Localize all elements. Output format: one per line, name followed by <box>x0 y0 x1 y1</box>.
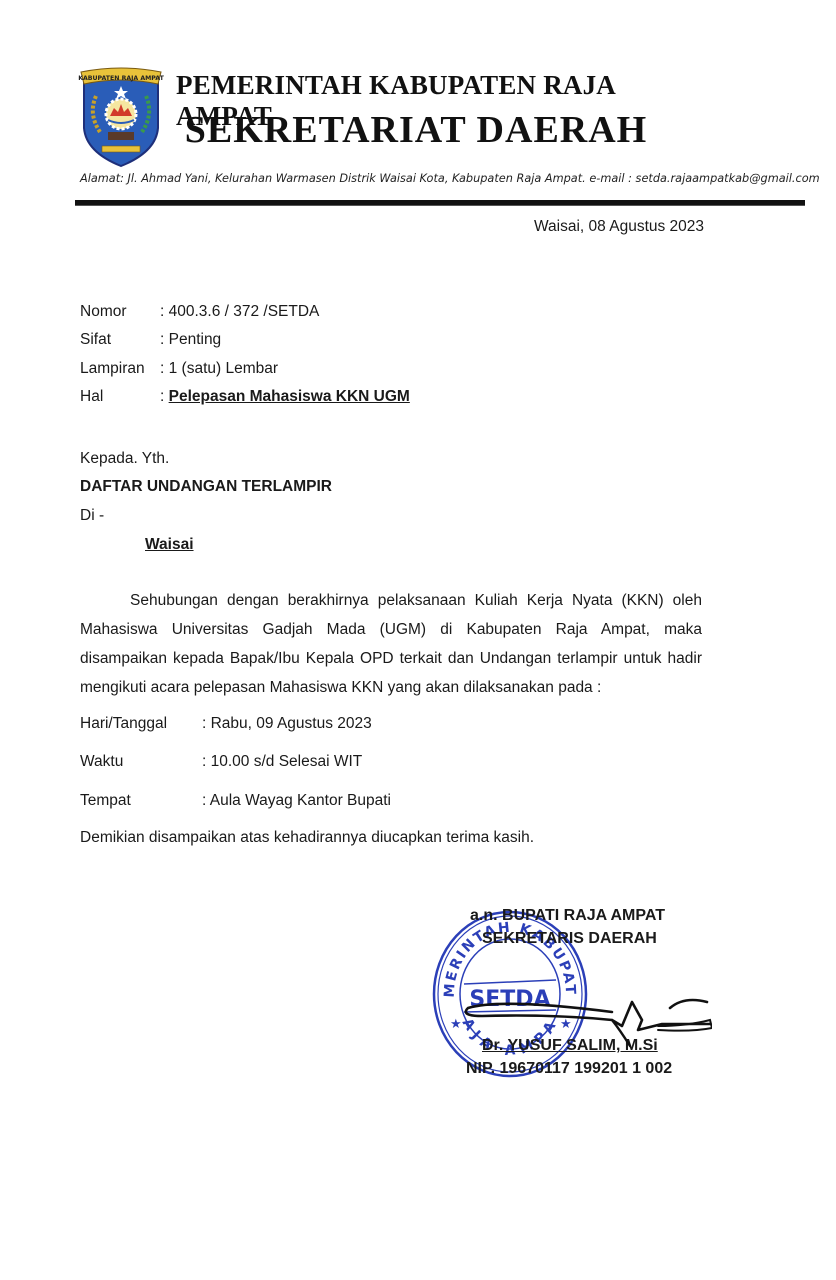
detail-label: Hari/Tanggal <box>80 714 167 734</box>
recipient-di: Di - <box>80 506 104 526</box>
recipient-place: Waisai <box>145 535 194 555</box>
detail-label: Waktu <box>80 752 123 772</box>
signer-nip: NIP. 19670117 199201 1 002 <box>466 1060 766 1078</box>
signature-title: SEKRETARIS DAERAH <box>482 930 782 948</box>
letter-date: Waisai, 08 Agustus 2023 <box>534 217 704 237</box>
meta-value: : 1 (satu) Lembar <box>160 359 278 379</box>
subject-text: Pelepasan Mahasiswa KKN UGM <box>169 388 410 405</box>
svg-text:KABUPATEN RAJA AMPAT: KABUPATEN RAJA AMPAT <box>78 75 164 82</box>
meta-value: : Pelepasan Mahasiswa KKN UGM <box>160 387 410 407</box>
meta-label: Sifat <box>80 330 111 350</box>
signature-on-behalf: a.n. BUPATI RAJA AMPAT <box>470 907 770 925</box>
detail-value: : Aula Wayag Kantor Bupati <box>202 791 391 811</box>
meta-value: : Penting <box>160 330 221 350</box>
recipient-salutation: Kepada. Yth. <box>80 449 169 469</box>
letterhead-divider <box>75 200 805 206</box>
closing-sentence: Demikian disampaikan atas kehadirannya d… <box>80 828 534 848</box>
letterhead-address: Alamat: Jl. Ahmad Yani, Kelurahan Warmas… <box>80 172 800 185</box>
recipient-name: DAFTAR UNDANGAN TERLAMPIR <box>80 477 332 497</box>
meta-value-prefix: : <box>160 388 169 405</box>
coat-of-arms-icon: KABUPATEN RAJA AMPAT <box>78 66 164 168</box>
meta-value: : 400.3.6 / 372 /SETDA <box>160 302 319 322</box>
detail-value: : 10.00 s/d Selesai WIT <box>202 752 362 772</box>
handwritten-signature-icon <box>462 990 712 1050</box>
meta-label: Lampiran <box>80 359 145 379</box>
meta-label: Nomor <box>80 302 127 322</box>
svg-text:★: ★ <box>450 1016 462 1031</box>
body-paragraph: Sehubungan dengan berakhirnya pelaksanaa… <box>80 586 702 702</box>
meta-label: Hal <box>80 387 103 407</box>
letterhead-office-name: SEKRETARIAT DAERAH <box>176 108 656 152</box>
detail-value: : Rabu, 09 Agustus 2023 <box>202 714 372 734</box>
detail-label: Tempat <box>80 791 131 811</box>
